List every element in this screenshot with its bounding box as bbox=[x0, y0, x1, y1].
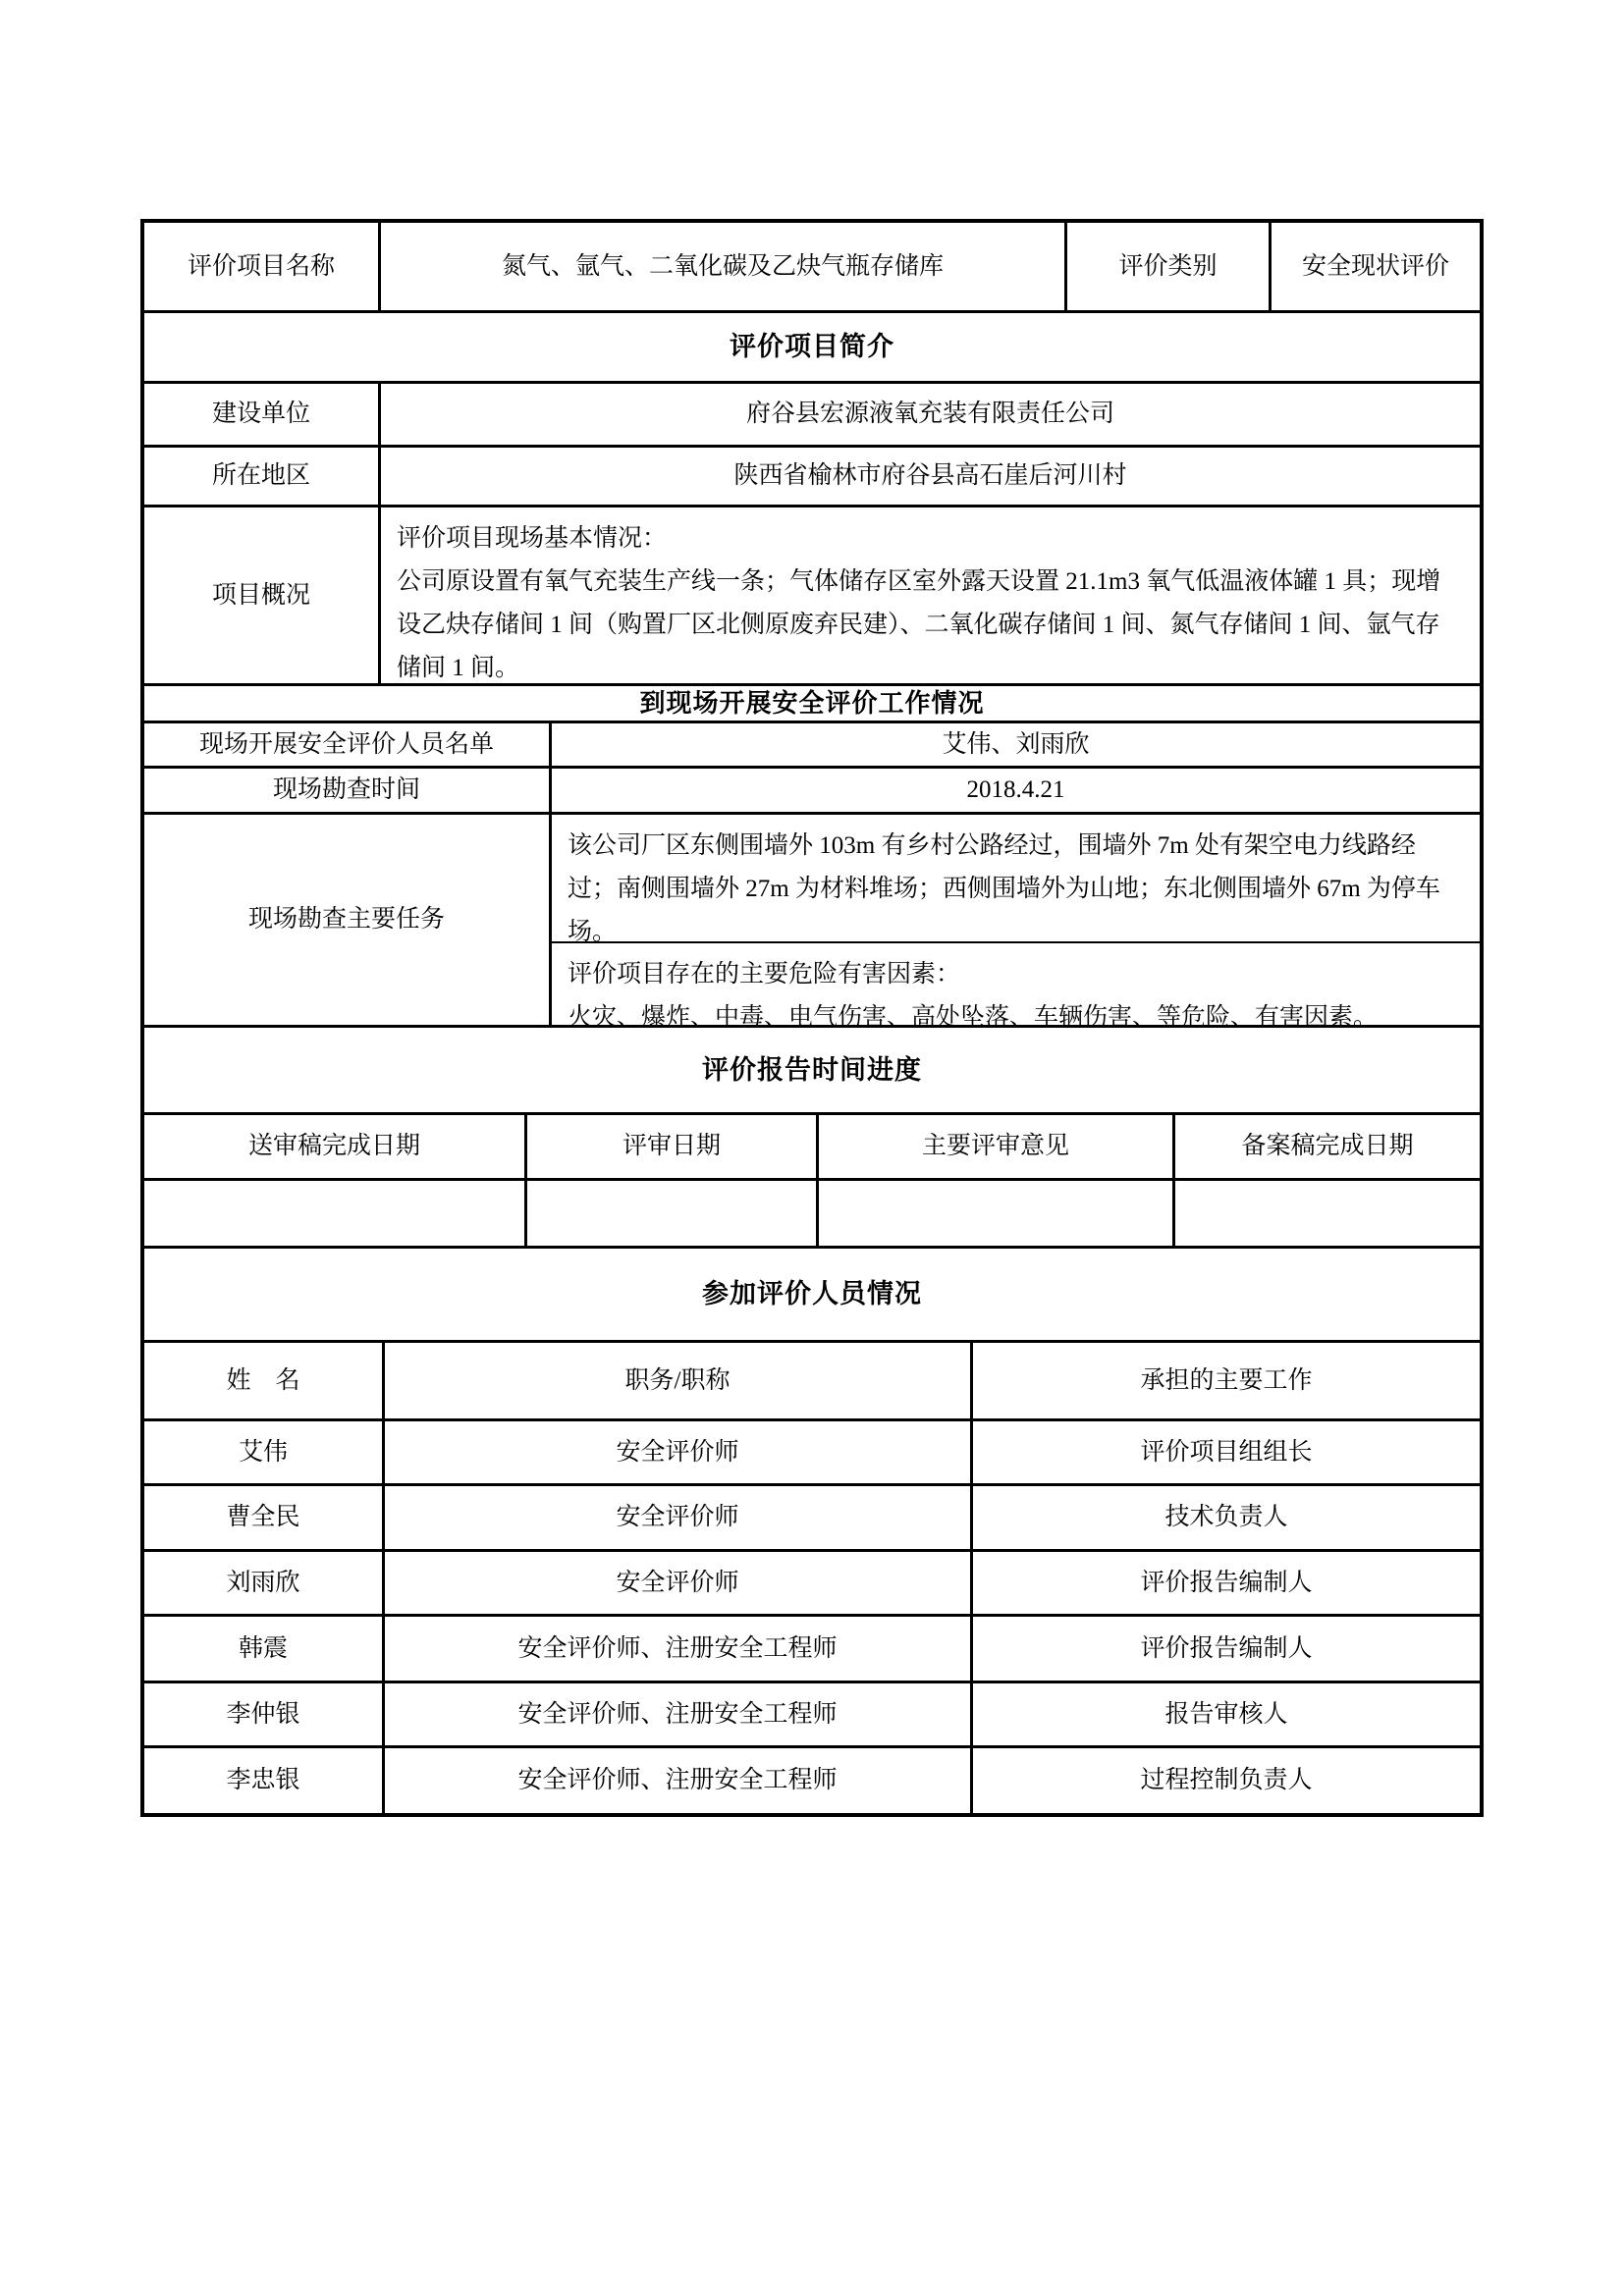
schedule-col-review-date: 评审日期 bbox=[527, 1115, 819, 1178]
sitework-section-title: 到现场开展安全评价工作情况 bbox=[144, 686, 1480, 721]
schedule-values-row bbox=[144, 1181, 1480, 1249]
region-value: 陕西省榆林市府谷县高石崖后河川村 bbox=[381, 448, 1480, 505]
participant-row: 艾伟 安全评价师 评价项目组组长 bbox=[144, 1421, 1480, 1486]
schedule-section-header: 评价报告时间进度 bbox=[144, 1028, 1480, 1115]
survey-tasks-row: 现场勘查主要任务 该公司厂区东侧围墙外 103m 有乡村公路经过，围墙外 7m … bbox=[144, 815, 1480, 1028]
survey-date-row: 现场勘查时间 2018.4.21 bbox=[144, 769, 1480, 815]
participant-row: 李忠银 安全评价师、注册安全工程师 过程控制负责人 bbox=[144, 1748, 1480, 1813]
participants-col-role: 承担的主要工作 bbox=[973, 1343, 1480, 1418]
staff-list-label: 现场开展安全评价人员名单 bbox=[144, 723, 552, 766]
builder-row: 建设单位 府谷县宏源液氧充装有限责任公司 bbox=[144, 384, 1480, 448]
evaluation-form-table: 评价项目名称 氮气、氩气、二氧化碳及乙炔气瓶存储库 评价类别 安全现状评价 评价… bbox=[140, 219, 1484, 1817]
overview-body: 公司原设置有氧气充装生产线一条；气体储存区室外露天设置 21.1m3 氧气低温液… bbox=[397, 561, 1464, 683]
participant-title: 安全评价师 bbox=[385, 1552, 973, 1614]
participant-name: 李忠银 bbox=[144, 1748, 385, 1813]
schedule-columns-row: 送审稿完成日期 评审日期 主要评审意见 备案稿完成日期 bbox=[144, 1115, 1480, 1181]
participant-role: 评价报告编制人 bbox=[973, 1552, 1480, 1614]
overview-row: 项目概况 评价项目现场基本情况： 公司原设置有氧气充装生产线一条；气体储存区室外… bbox=[144, 507, 1480, 686]
participants-col-name: 姓 名 bbox=[144, 1343, 385, 1418]
builder-label: 建设单位 bbox=[144, 384, 381, 445]
survey-tasks-part1: 该公司厂区东侧围墙外 103m 有乡村公路经过，围墙外 7m 处有架空电力线路经… bbox=[552, 815, 1480, 943]
schedule-value-review-date bbox=[527, 1181, 819, 1246]
participant-title: 安全评价师 bbox=[385, 1421, 973, 1483]
survey-tasks-label: 现场勘查主要任务 bbox=[144, 815, 552, 1025]
schedule-section-title: 评价报告时间进度 bbox=[144, 1028, 1480, 1112]
participant-role: 技术负责人 bbox=[973, 1486, 1480, 1549]
region-row: 所在地区 陕西省榆林市府谷县高石崖后河川村 bbox=[144, 448, 1480, 507]
overview-content: 评价项目现场基本情况： 公司原设置有氧气充装生产线一条；气体储存区室外露天设置 … bbox=[381, 507, 1480, 683]
staff-list-value: 艾伟、刘雨欣 bbox=[552, 723, 1480, 766]
hazards-line1: 评价项目存在的主要危险有害因素： bbox=[568, 953, 1464, 996]
eval-type-label: 评价类别 bbox=[1067, 223, 1272, 310]
participant-name: 艾伟 bbox=[144, 1421, 385, 1483]
project-header-row: 评价项目名称 氮气、氩气、二氧化碳及乙炔气瓶存储库 评价类别 安全现状评价 bbox=[144, 223, 1480, 313]
participant-role: 过程控制负责人 bbox=[973, 1748, 1480, 1813]
participant-row: 刘雨欣 安全评价师 评价报告编制人 bbox=[144, 1552, 1480, 1617]
participant-row: 韩震 安全评价师、注册安全工程师 评价报告编制人 bbox=[144, 1617, 1480, 1683]
survey-date-label: 现场勘查时间 bbox=[144, 769, 552, 812]
participant-row: 李仲银 安全评价师、注册安全工程师 报告审核人 bbox=[144, 1683, 1480, 1748]
staff-list-row: 现场开展安全评价人员名单 艾伟、刘雨欣 bbox=[144, 723, 1480, 769]
survey-date-value: 2018.4.21 bbox=[552, 769, 1480, 812]
participants-section-title: 参加评价人员情况 bbox=[144, 1249, 1480, 1340]
intro-section-header: 评价项目简介 bbox=[144, 313, 1480, 384]
participant-title: 安全评价师、注册安全工程师 bbox=[385, 1748, 973, 1813]
participant-name: 韩震 bbox=[144, 1617, 385, 1681]
hazards-line2: 火灾、爆炸、中毒、电气伤害、高处坠落、车辆伤害、等危险、有害因素。 bbox=[568, 996, 1464, 1025]
participant-name: 曹全民 bbox=[144, 1486, 385, 1549]
project-name-label: 评价项目名称 bbox=[144, 223, 381, 310]
overview-line1: 评价项目现场基本情况： bbox=[397, 517, 1464, 561]
document-page: 评价项目名称 氮气、氩气、二氧化碳及乙炔气瓶存储库 评价类别 安全现状评价 评价… bbox=[0, 0, 1624, 2296]
overview-label: 项目概况 bbox=[144, 507, 381, 683]
eval-type-value: 安全现状评价 bbox=[1272, 223, 1480, 310]
sitework-section-header: 到现场开展安全评价工作情况 bbox=[144, 686, 1480, 723]
participant-role: 报告审核人 bbox=[973, 1683, 1480, 1745]
participant-name: 刘雨欣 bbox=[144, 1552, 385, 1614]
schedule-col-draft-date: 送审稿完成日期 bbox=[144, 1115, 527, 1178]
survey-tasks-content: 该公司厂区东侧围墙外 103m 有乡村公路经过，围墙外 7m 处有架空电力线路经… bbox=[552, 815, 1480, 1025]
intro-section-title: 评价项目简介 bbox=[144, 313, 1480, 381]
schedule-col-review-opinion: 主要评审意见 bbox=[819, 1115, 1175, 1178]
participant-name: 李仲银 bbox=[144, 1683, 385, 1745]
participant-role: 评价项目组组长 bbox=[973, 1421, 1480, 1483]
schedule-value-final-date bbox=[1175, 1181, 1480, 1246]
participant-row: 曹全民 安全评价师 技术负责人 bbox=[144, 1486, 1480, 1552]
region-label: 所在地区 bbox=[144, 448, 381, 505]
participants-section-header: 参加评价人员情况 bbox=[144, 1249, 1480, 1343]
schedule-value-review-opinion bbox=[819, 1181, 1175, 1246]
builder-value: 府谷县宏源液氧充装有限责任公司 bbox=[381, 384, 1480, 445]
participants-col-title: 职务/职称 bbox=[385, 1343, 973, 1418]
hazards-block: 评价项目存在的主要危险有害因素： 火灾、爆炸、中毒、电气伤害、高处坠落、车辆伤害… bbox=[552, 943, 1480, 1025]
schedule-value-draft-date bbox=[144, 1181, 527, 1246]
project-name-value: 氮气、氩气、二氧化碳及乙炔气瓶存储库 bbox=[381, 223, 1067, 310]
participants-columns-row: 姓 名 职务/职称 承担的主要工作 bbox=[144, 1343, 1480, 1421]
participant-title: 安全评价师、注册安全工程师 bbox=[385, 1617, 973, 1681]
participant-title: 安全评价师 bbox=[385, 1486, 973, 1549]
schedule-col-final-date: 备案稿完成日期 bbox=[1175, 1115, 1480, 1178]
participant-role: 评价报告编制人 bbox=[973, 1617, 1480, 1681]
participant-title: 安全评价师、注册安全工程师 bbox=[385, 1683, 973, 1745]
